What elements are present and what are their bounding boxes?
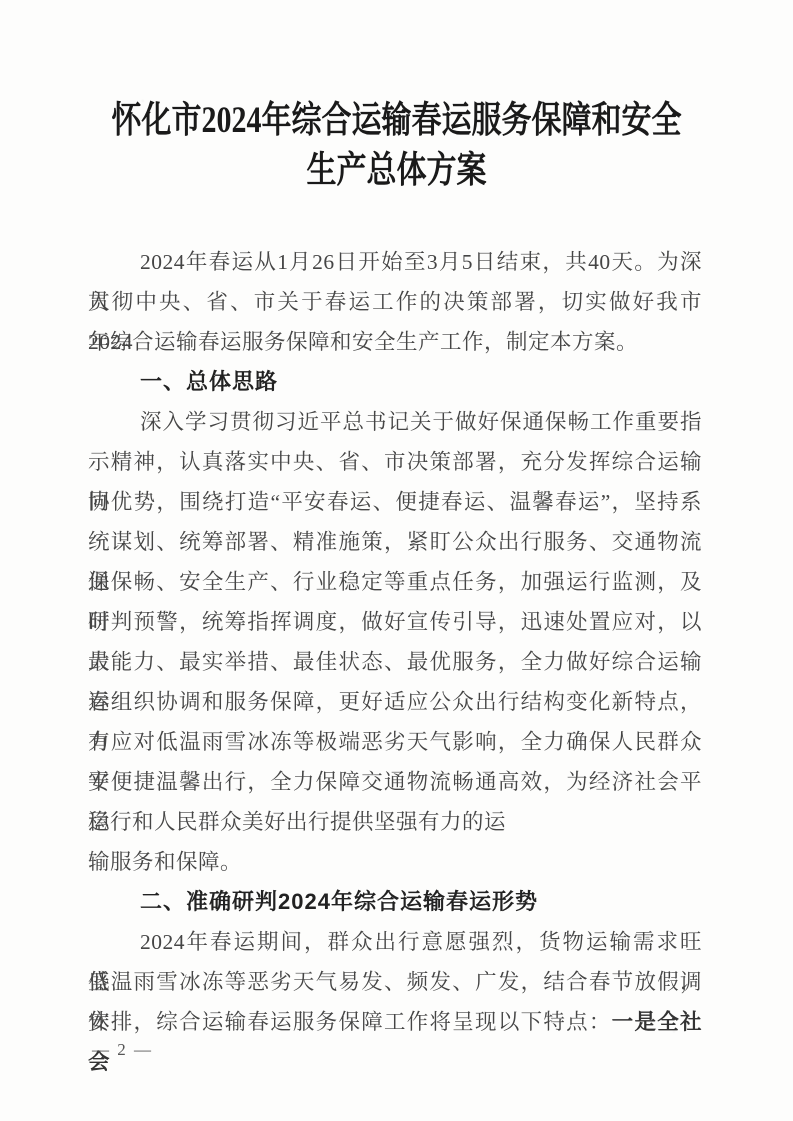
paragraph-line: 深入学习贯彻习近平总书记关于做好保通保畅工作重要指	[88, 402, 702, 442]
line-text: 输服务和保障。	[88, 850, 242, 874]
line-text: 安排，综合运输春运服务保障工作将呈现以下特点：	[88, 1010, 612, 1034]
paragraph-line: 低温雨雪冰冻等恶劣天气易发、频发、广发，结合春节放假调休	[88, 962, 702, 1002]
page-number: — 2 —	[92, 1040, 153, 1060]
section-heading: 一、总体思路	[88, 362, 702, 402]
section-heading: 二、准确研判2024年综合运输春运形势	[88, 882, 702, 922]
paragraph-line: 安便捷温馨出行，全力保障交通物流畅通高效，为经济社会平稳	[88, 762, 702, 802]
paragraph-line: 运行和人民群众美好出行提供坚强有力的运	[88, 802, 702, 842]
paragraph-line: 2024年春运期间，群众出行意愿强烈，货物运输需求旺盛，	[88, 922, 702, 962]
paragraph-line: 2024年春运从1月26日开始至3月5日结束，共40天。为深入	[88, 242, 702, 282]
paragraph-line: 统谋划、统筹部署、精准施策，紧盯公众出行服务、交通物流保	[88, 522, 702, 562]
document-page: 怀化市2024年综合运输春运服务保障和安全 生产总体方案 2024年春运从1月2…	[0, 0, 793, 1121]
paragraph-line: 年综合运输春运服务保障和安全生产工作，制定本方案。	[88, 322, 702, 362]
paragraph-line: 贯彻中央、省、市关于春运工作的决策部署，切实做好我市2024	[88, 282, 702, 322]
paragraph-line: 示精神，认真落实中央、省、市决策部署，充分发挥综合运输协	[88, 442, 702, 482]
title-line-2: 生产总体方案	[0, 141, 793, 202]
line-text: 运行和人民群众美好出行提供坚强有力的运	[88, 810, 506, 834]
paragraph-line: 大能力、最实举措、最佳状态、最优服务，全力做好综合运输春	[88, 642, 702, 682]
paragraph-line: 同优势，围绕打造“平安春运、便捷春运、温馨春运”，坚持系	[88, 482, 702, 522]
line-text: 一、总体思路	[140, 369, 278, 394]
paragraph-line: 研判预警，统筹指挥调度，做好宣传引导，迅速处置应对，以最	[88, 602, 702, 642]
document-title: 怀化市2024年综合运输春运服务保障和安全 生产总体方案	[0, 96, 793, 196]
paragraph-line: 安排，综合运输春运服务保障工作将呈现以下特点：一是全社会	[88, 1002, 702, 1042]
paragraph-line: 输服务和保障。	[88, 842, 702, 882]
paragraph-line: 力应对低温雨雪冰冻等极端恶劣天气影响，全力确保人民群众平	[88, 722, 702, 762]
line-text: 同优势，围绕打造“平安春运、便捷春运、温馨春运”，坚持系	[88, 490, 702, 514]
line-text: 二、准确研判2024年综合运输春运形势	[140, 889, 538, 914]
paragraph-line: 通保畅、安全生产、行业稳定等重点任务，加强运行监测，及时	[88, 562, 702, 602]
paragraph-line: 运组织协调和服务保障，更好适应公众出行结构变化新特点，有	[88, 682, 702, 722]
document-body: 2024年春运从1月26日开始至3月5日结束，共40天。为深入贯彻中央、省、市关…	[88, 242, 702, 1042]
line-text: 深入学习贯彻习近平总书记关于做好保通保畅工作重要指	[140, 410, 702, 434]
line-text: 年综合运输春运服务保障和安全生产工作，制定本方案。	[88, 330, 638, 354]
